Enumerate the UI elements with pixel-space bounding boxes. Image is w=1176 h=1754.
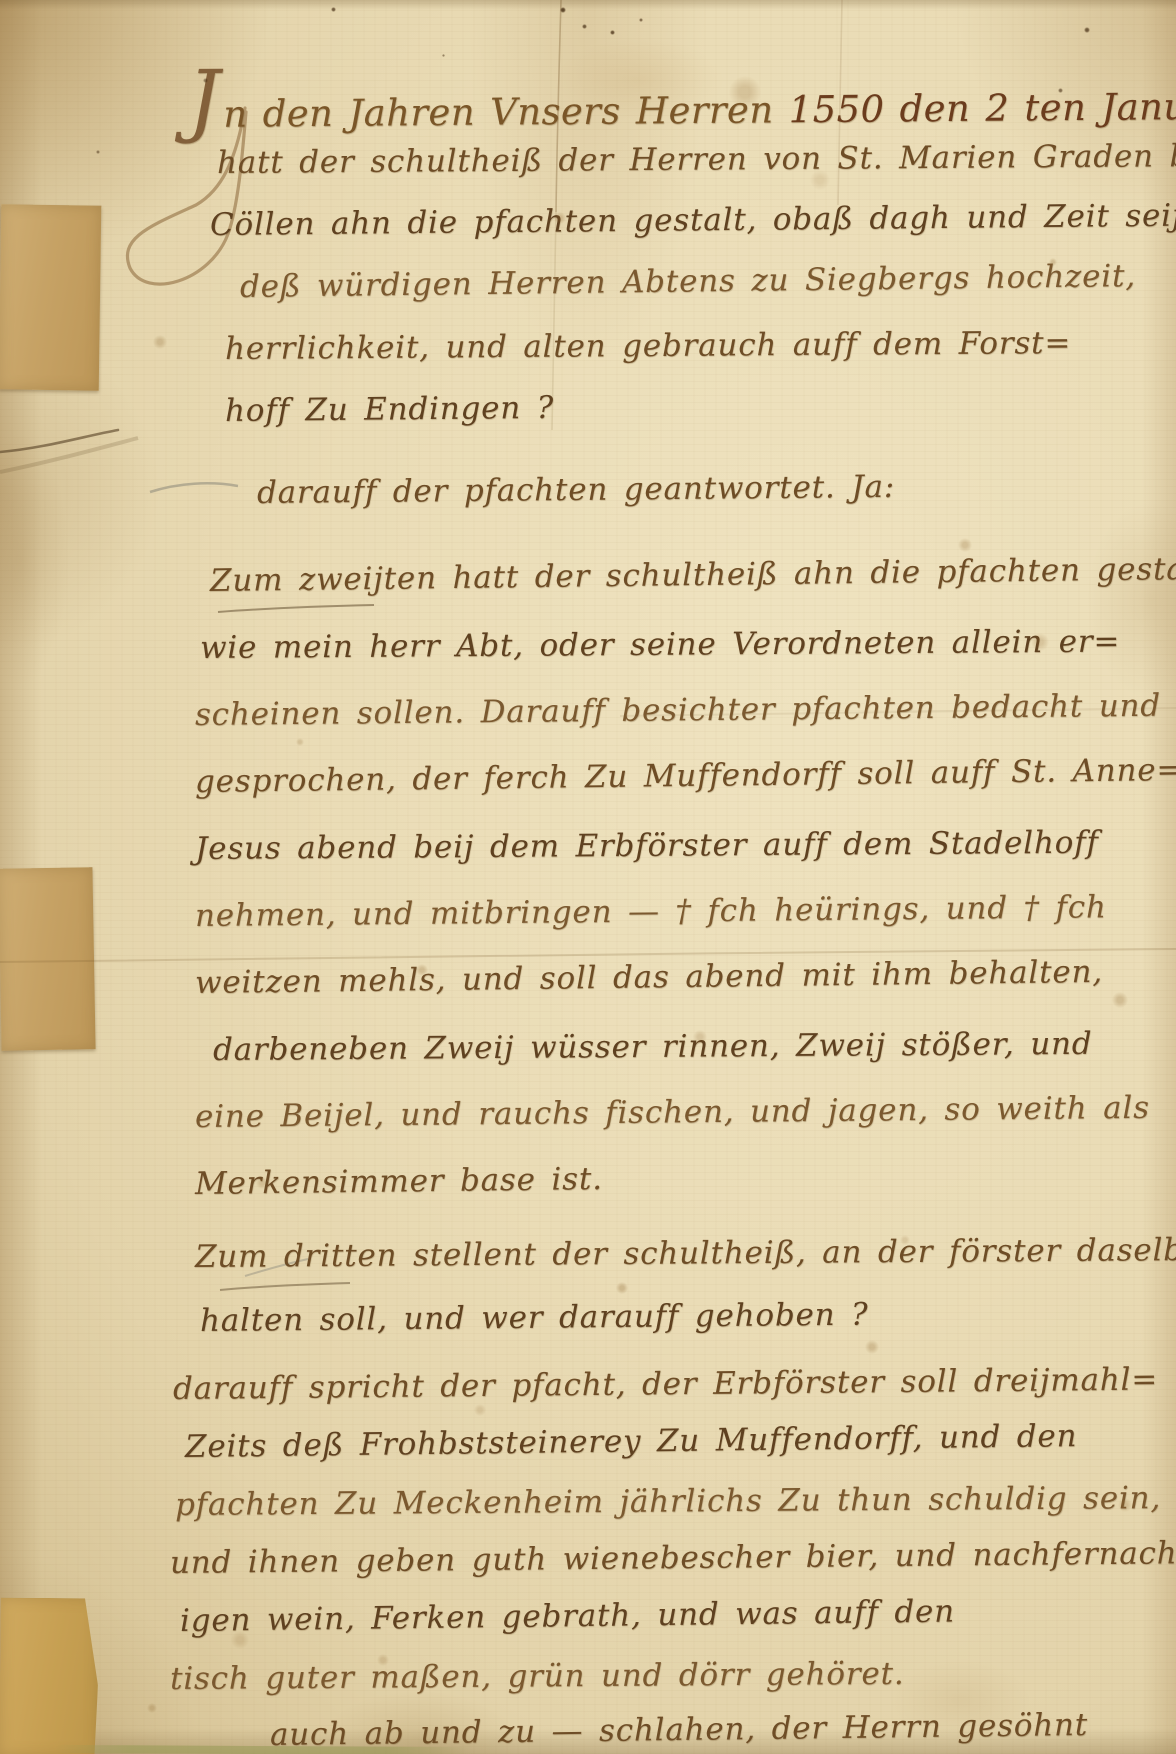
pencil-mark [150,483,238,492]
manuscript-line: Zum dritten stellent der schultheiß, an … [195,1235,1176,1273]
foxing-stain [865,1340,879,1354]
manuscript-line: halten soll, und wer darauff gehoben ? [200,1300,869,1337]
repair-tape-patch [0,204,101,390]
foxing-stain [153,335,167,349]
manuscript-line: nehmen, und mitbringen — † fch heürings,… [195,892,1107,932]
manuscript-line: darauff der pfachten geantwortet. Ja: [257,472,895,509]
manuscript-line: weitzen mehls, und soll das abend mit ih… [195,957,1103,999]
manuscript-line: eine Beijel, und rauchs fischen, und jag… [195,1093,1150,1133]
manuscript-line: Cöllen ahn die pfachten gestalt, obaß da… [210,201,1176,241]
manuscript-line: deß würdigen Herren Abtens zu Siegbergs … [240,261,1136,303]
foxing-stain [958,538,972,552]
repair-tape-patch [0,867,96,1051]
manuscript-line: wie mein herr Abt, oder seine Verordnete… [200,627,1120,664]
heading-line: Jn den Jahren Vnsers Herren 1550 den 2 t… [188,88,1176,133]
foxing-stain [147,1703,157,1713]
ink-speck [1084,27,1090,33]
underline-zweijten [218,605,374,612]
foxing-stain [474,1404,486,1416]
heading-text: Jn den Jahren Vnsers Herren [188,88,774,136]
manuscript-line: hatt der schultheiß der Herren von St. M… [217,141,1176,179]
underline-dritten [220,1283,350,1290]
manuscript-line: darbeneben Zweij wüsser rinnen, Zweij st… [213,1029,1093,1066]
repair-tape-patch [0,1598,99,1754]
ink-speck [331,7,336,12]
heading-date: 1550 den 2 ten Januarij [788,85,1176,132]
ink-speck [96,150,100,154]
ink-speck [442,54,445,57]
foxing-stain [616,1282,628,1294]
manuscript-line: hoff Zu Endingen ? [225,393,554,427]
foxing-stain [1112,992,1128,1008]
manuscript-line: pfachten Zu Meckenheim jährlichs Zu thun… [175,1483,1161,1521]
foxing-stain [296,738,304,746]
ink-speck [582,24,587,29]
manuscript-page: Jn den Jahren Vnsers Herren 1550 den 2 t… [0,0,1176,1754]
manuscript-line: auch ab und zu — schlahen, der Herrn ges… [270,1710,1088,1751]
ink-speck [610,30,615,35]
manuscript-line: Merkensimmer base ist. [195,1164,603,1200]
ink-speck [560,7,566,13]
manuscript-line: herrlichkeit, und alten gebrauch auff de… [225,328,1071,365]
scan-edge-artifact [55,1745,470,1754]
manuscript-line: Zeits deß Frohbststeinerey Zu Muffendorf… [185,1421,1078,1463]
tear-crack [0,430,118,452]
manuscript-line: Zum zweijten hatt der schultheiß ahn die… [210,554,1176,597]
manuscript-line: igen wein, Ferken gebrath, und was auff … [180,1597,955,1637]
ink-speck [639,18,643,22]
manuscript-line: gesprochen, der ferch Zu Muffendorff sol… [195,755,1176,798]
manuscript-line: und ihnen geben guth wienebescher bier, … [170,1538,1176,1579]
manuscript-line: Jesus abend beij dem Erbförster auff dem… [195,828,1099,865]
manuscript-line: scheinen sollen. Darauff besichter pfach… [195,691,1161,731]
manuscript-line: tisch guter maßen, grün und dörr gehöret… [170,1659,905,1695]
manuscript-line: darauff spricht der pfacht, der Erbförst… [173,1365,1158,1405]
